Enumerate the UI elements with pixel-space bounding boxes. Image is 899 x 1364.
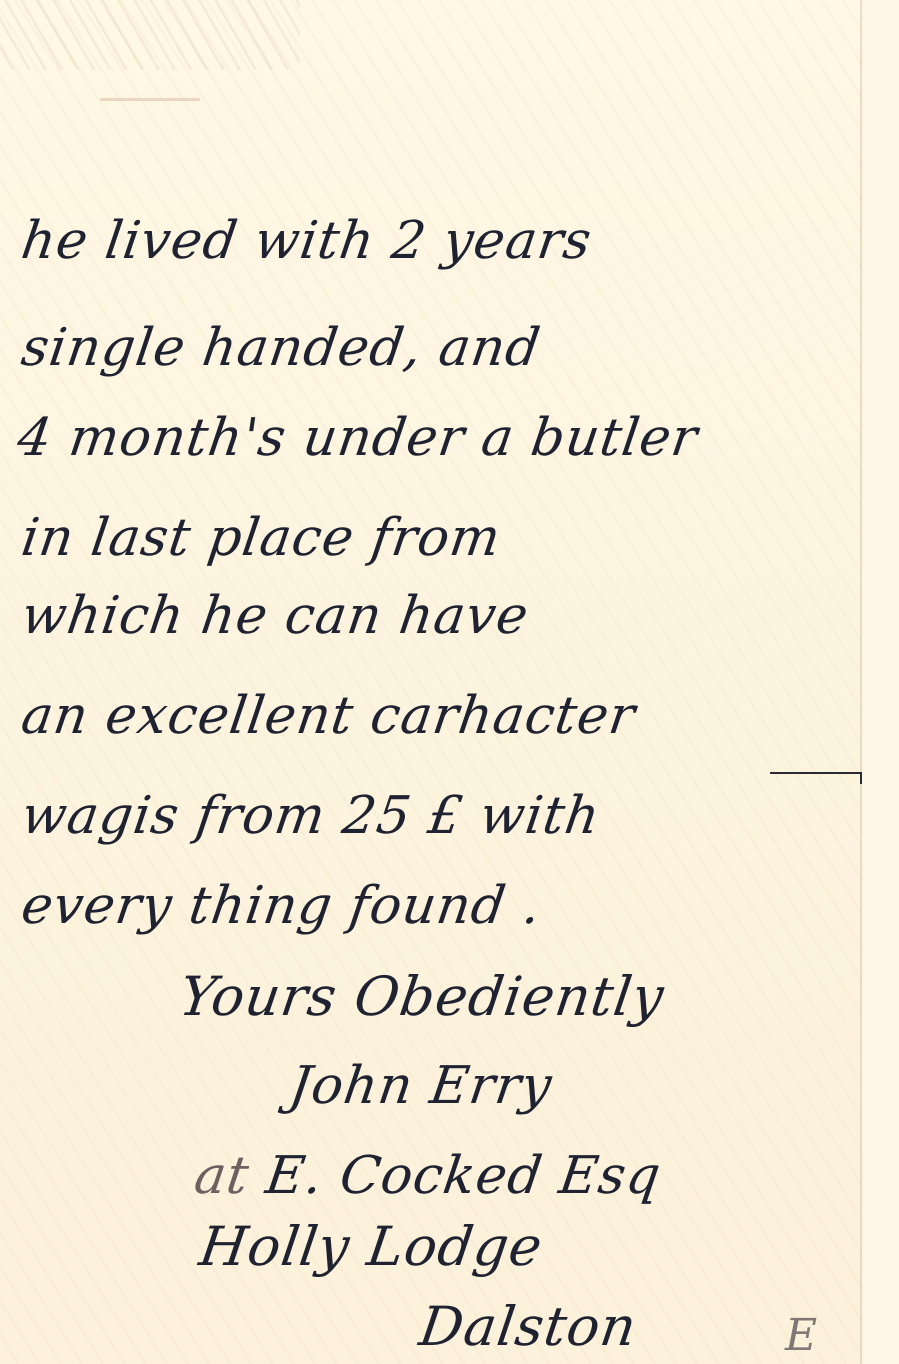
- address-care-of: at E. Cocked Esq: [191, 1150, 664, 1202]
- pen-stroke-mark: [770, 772, 862, 774]
- letter-line-6: an excellent carhacter: [18, 690, 638, 742]
- letter-line-1: he lived with 2 years: [18, 215, 595, 267]
- address-house: Holly Lodge: [196, 1220, 546, 1274]
- signature: John Erry: [286, 1060, 555, 1112]
- letter-line-8: every thing found .: [18, 880, 544, 932]
- letter-line-4: in last place from: [18, 512, 504, 564]
- ink-bleed-through: [0, 0, 300, 70]
- pen-stroke-tick: [860, 772, 862, 784]
- faint-mark: [100, 98, 200, 101]
- address-place: Dalston: [416, 1300, 640, 1354]
- page-margin-strip: [862, 0, 899, 1364]
- address-care-of-name: E. Cocked Esq: [262, 1146, 665, 1206]
- letter-line-3: 4 month's under a butler: [14, 412, 701, 464]
- letter-line-2: single handed, and: [18, 322, 544, 374]
- postmark-fragment: E: [785, 1310, 817, 1361]
- letter-page: he lived with 2 years single handed, and…: [0, 0, 899, 1364]
- letter-line-7: wagis from 25 £ with: [18, 790, 603, 842]
- letter-line-5: which he can have: [18, 590, 532, 642]
- closing-salutation: Yours Obediently: [176, 970, 667, 1024]
- address-at-prefix: at: [191, 1146, 253, 1206]
